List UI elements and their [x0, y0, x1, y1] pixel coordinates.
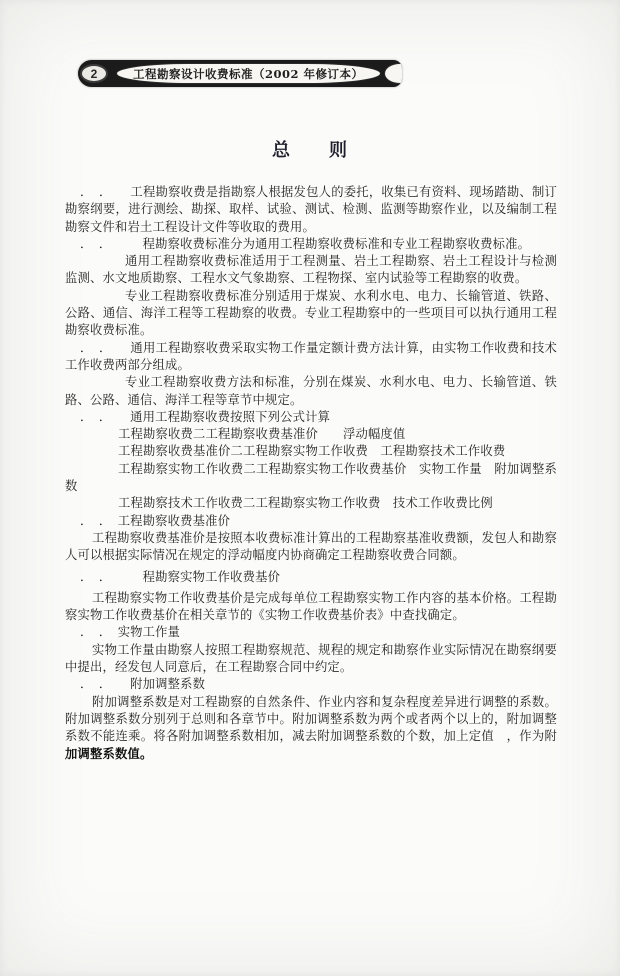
paragraph: ． ． 工程勘察收费基准价: [65, 513, 557, 530]
paragraph: ． ． 程勘察实物工作收费基价: [65, 569, 557, 586]
paragraph: ． ． 程勘察收费标准分为通用工程勘察收费标准和专业工程勘察收费标准。: [65, 236, 557, 253]
bold-text: 加调整系数值。: [65, 747, 152, 761]
book-title-lens: 工程勘察设计收费标准（2002 年修订本）: [116, 63, 381, 84]
paragraph: ． ． 实物工作量: [65, 624, 557, 641]
paragraph: ． ． 通用工程勘察收费按照下列公式计算: [65, 409, 557, 426]
paragraph: 专业工程勘察收费标准分别适用于煤炭、水利水电、电力、长输管道、铁路、公路、通信、…: [65, 288, 557, 340]
paragraph: 实物工作量由勘察人按照工程勘察规范、规程的规定和勘察作业实际情况在勘察纲要中提出…: [65, 642, 557, 677]
paragraph: 工程勘察技术工作收费二工程勘察实物工作收费 技术工作收费比例: [65, 495, 557, 512]
paragraph: ． ． 工程勘察收费是指勘察人根据发包人的委托，收集已有资料、现场踏勘、制订勘察…: [65, 184, 557, 236]
paragraph: 工程勘察收费基准价是按照本收费标准计算出的工程勘察基准收费额，发包人和勘察人可以…: [65, 530, 557, 565]
paragraph: 通用工程勘察收费标准适用于工程测量、岩土工程勘察、岩土工程设计与检测监测、水文地…: [65, 253, 557, 288]
document-body: ． ． 工程勘察收费是指勘察人根据发包人的委托，收集已有资料、现场踏勘、制订勘察…: [65, 184, 557, 763]
paragraph: 工程勘察实物工作收费基价是完成每单位工程勘察实物工作内容的基本价格。工程勘察实物…: [65, 590, 557, 625]
page-header-banner: 2 工程勘察设计收费标准（2002 年修订本）: [78, 60, 402, 87]
scanned-document-page: 2 工程勘察设计收费标准（2002 年修订本） 总 则 ． ． 工程勘察收费是指…: [0, 0, 620, 976]
paragraph: 工程勘察收费二工程勘察收费基准价 浮动幅度值: [65, 426, 557, 443]
page-number: 2: [91, 67, 98, 81]
paragraph: 专业工程勘察收费方法和标准，分别在煤炭、水利水电、电力、长输管道、铁路、公路、通…: [65, 374, 557, 409]
paragraph: 工程勘察实物工作收费二工程勘察实物工作收费基价 实物工作量 附加调整系数: [65, 461, 557, 496]
banner-end-ornament-icon: [384, 63, 402, 84]
paragraph: 附加调整系数是对工程勘察的自然条件、作业内容和复杂程度差异进行调整的系数。附加调…: [65, 694, 557, 763]
paragraph: ． ． 通用工程勘察收费采取实物工作量定额计费方法计算，由实物工作收费和技术工作…: [65, 340, 557, 375]
page-number-badge: 2: [80, 64, 108, 83]
book-title-text: 工程勘察设计收费标准（2002 年修订本）: [133, 66, 364, 82]
paragraph: 工程勘察收费基准价二工程勘察实物工作收费 工程勘察技术工作收费: [65, 443, 557, 460]
section-heading: 总 则: [0, 136, 620, 162]
paragraph: ． ． 附加调整系数: [65, 676, 557, 693]
